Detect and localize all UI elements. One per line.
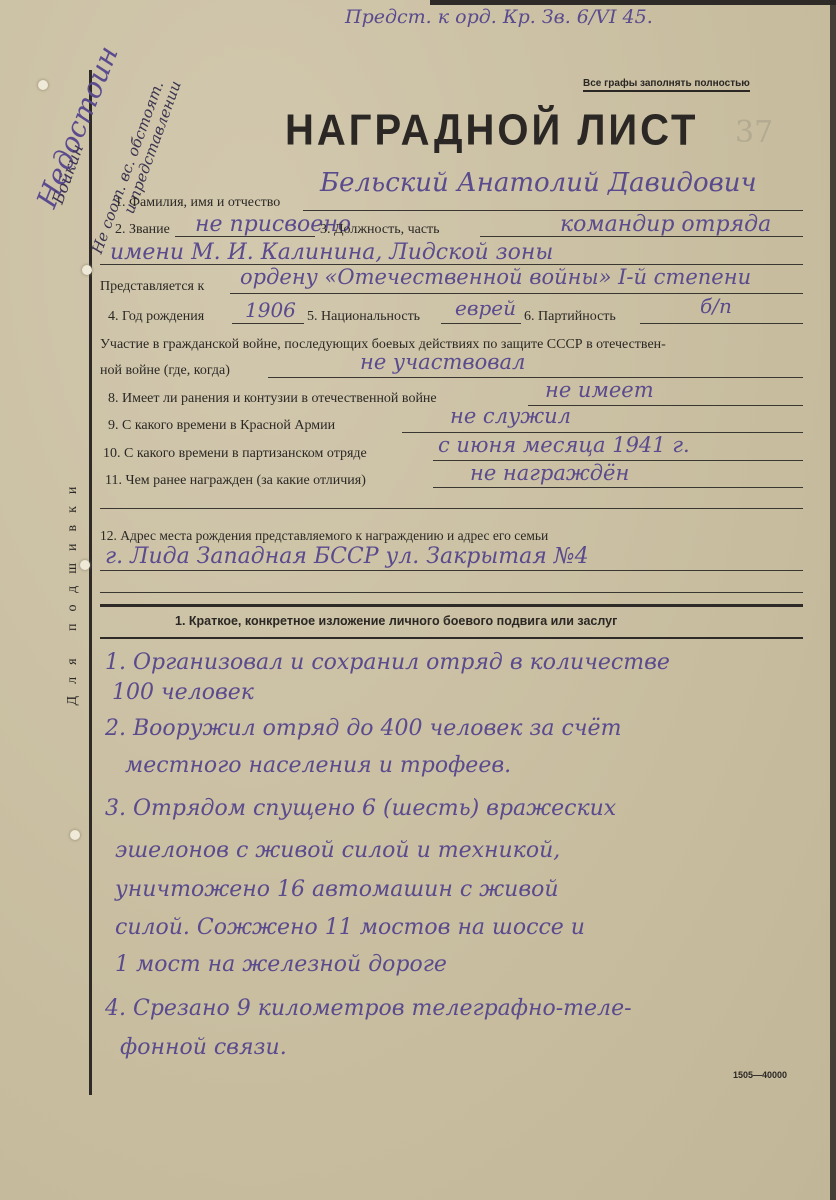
field-line bbox=[433, 487, 803, 488]
feat-line: 100 человек bbox=[112, 680, 254, 705]
field-awards-value: не награждён bbox=[470, 461, 629, 485]
field-rank-label: 2. Звание bbox=[115, 222, 170, 238]
scan-edge-right bbox=[830, 0, 836, 1200]
feat-line: 3. Отрядом спущено 6 (шесть) вражеских bbox=[105, 796, 616, 821]
field-name-value: Бельский Анатолий Давидович bbox=[320, 168, 757, 198]
field-party-value: б/п bbox=[700, 294, 732, 318]
section-divider bbox=[100, 637, 803, 639]
section-divider bbox=[100, 604, 803, 607]
field-presented-value: ордену «Отечественной войны» I-й степени bbox=[240, 265, 751, 289]
field-birthyear-label: 4. Год рождения bbox=[108, 309, 204, 325]
feat-line: эшелонов с живой силой и техникой, bbox=[115, 838, 560, 863]
field-line bbox=[100, 508, 803, 509]
feats-section-heading: 1. Краткое, конкретное изложение личного… bbox=[175, 614, 617, 628]
field-line bbox=[100, 570, 803, 571]
field-presented-label: Представляется к bbox=[100, 279, 204, 295]
field-partisan-label: 10. С какого времени в партизанском отря… bbox=[103, 446, 367, 462]
award-sheet-page: Предст. к орд. Кр. Зв. 6/VI 45. Недостои… bbox=[0, 0, 836, 1200]
feat-line: уничтожено 16 автомашин с живой bbox=[115, 877, 559, 902]
feat-line: 1. Организовал и сохранил отряд в количе… bbox=[105, 650, 670, 675]
field-position-label: 3. Должность, часть bbox=[320, 222, 440, 238]
field-partisan-value: с июня месяца 1941 г. bbox=[438, 433, 690, 457]
field-birthyear-value: 1906 bbox=[245, 298, 296, 322]
field-line bbox=[640, 323, 803, 324]
field-party-label: 6. Партийность bbox=[524, 309, 616, 325]
punch-hole bbox=[82, 265, 92, 275]
field-address-value: г. Лида Западная БССР ул. Закрытая №4 bbox=[105, 544, 589, 569]
binding-label: Для подшивки bbox=[58, 420, 88, 760]
field-line bbox=[303, 210, 803, 211]
print-code: 1505—40000 bbox=[733, 1070, 787, 1080]
binding-margin-line bbox=[89, 70, 92, 1095]
top-annotation: Предст. к орд. Кр. Зв. 6/VI 45. bbox=[345, 6, 653, 28]
field-wounds-label: 8. Имеет ли ранения и контузии в отечест… bbox=[108, 391, 437, 407]
punch-hole bbox=[70, 830, 80, 840]
feat-line: силой. Сожжено 11 мостов на шоссе и bbox=[115, 915, 585, 940]
field-army-label: 9. С какого времени в Красной Армии bbox=[108, 418, 335, 434]
field-name-label: 1. Фамилия, имя и отчество bbox=[115, 195, 280, 211]
field-nationality-label: 5. Национальность bbox=[307, 309, 420, 325]
fill-all-fields-notice: Все графы заполнять полностью bbox=[583, 78, 750, 92]
field-line bbox=[100, 592, 803, 593]
scan-edge-top bbox=[430, 0, 836, 5]
archive-number: 37 bbox=[735, 115, 773, 150]
feat-line: 1 мост на железной дороге bbox=[115, 952, 447, 977]
feat-line: фонной связи. bbox=[120, 1035, 287, 1060]
field-wounds-value: не имеет bbox=[545, 378, 654, 402]
field-awards-label: 11. Чем ранее награжден (за какие отличи… bbox=[105, 473, 366, 489]
field-address-label: 12. Адрес места рождения представляемого… bbox=[100, 528, 548, 544]
field-position-value: командир отряда bbox=[560, 212, 771, 237]
field-war-label-cont: ной войне (где, когда) bbox=[100, 363, 230, 379]
field-position-value-cont: имени М. И. Калинина, Лидской зоны bbox=[110, 240, 553, 265]
feat-line: 2. Вооружил отряд до 400 человек за счёт bbox=[105, 716, 621, 741]
document-title: НАГРАДНОЙ ЛИСТ bbox=[285, 106, 698, 156]
field-army-value: не служил bbox=[450, 404, 571, 428]
field-line bbox=[441, 323, 521, 324]
field-line bbox=[232, 323, 304, 324]
punch-hole bbox=[38, 80, 48, 90]
feat-line: местного населения и трофеев. bbox=[125, 753, 511, 778]
field-nationality-value: еврей bbox=[455, 296, 516, 320]
feat-line: 4. Срезано 9 километров телеграфно-теле- bbox=[105, 996, 632, 1021]
field-line bbox=[268, 377, 803, 378]
field-war-value: не участвовал bbox=[360, 350, 525, 374]
